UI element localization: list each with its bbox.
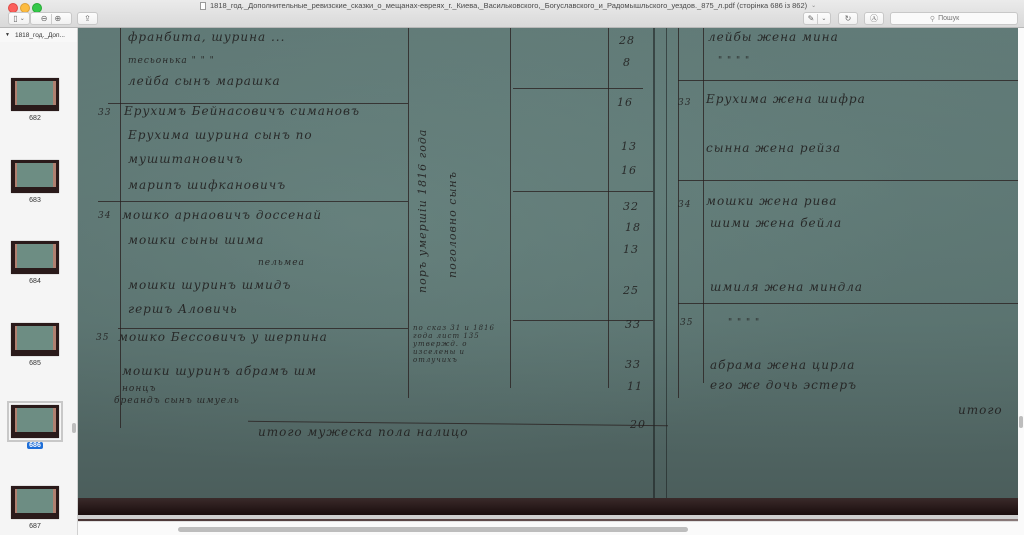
column-line [408, 28, 409, 398]
thumbnail-page-684[interactable]: 684 [0, 241, 70, 285]
book-gutter [666, 28, 667, 498]
entry-number: 33 [678, 98, 691, 108]
page-thumbnail-image [11, 486, 59, 519]
total-value: 20 [630, 418, 646, 431]
thumbnail-page-687[interactable]: 687 [0, 486, 70, 530]
note-block: по сказ 31 и 1816 года лист 135 утвержд.… [413, 324, 513, 364]
age-value: 13 [623, 243, 639, 256]
vertical-note: поръ умершiи 1816 года [416, 129, 429, 293]
row-line [513, 88, 643, 89]
column-line [120, 28, 121, 428]
thumbnail-label: 684 [27, 278, 43, 285]
thumbnail-label: 682 [27, 115, 43, 122]
thumbnail-label: 685 [27, 360, 43, 367]
annotate-icon: Ⓐ [870, 13, 878, 24]
zoom-in-icon: ⊕ [55, 14, 62, 23]
document-viewer[interactable]: франбита, шурина ... тесьонька " " " лей… [78, 28, 1018, 515]
page-thumbnail-image [11, 405, 59, 438]
row-line [513, 191, 653, 192]
thumbnail-label-selected: 686 [27, 442, 43, 449]
entry-text: нонцъ [122, 384, 157, 394]
row-line [98, 201, 408, 202]
horizontal-scrollbar[interactable] [78, 521, 1018, 535]
entry-text: " " " " [718, 56, 750, 66]
age-value: 33 [625, 358, 641, 371]
entry-text: лейба сынъ марашка [128, 74, 281, 88]
entry-number: 35 [96, 333, 109, 343]
thumbnail-page-682[interactable]: 682 [0, 78, 70, 122]
chevron-down-icon: ⌄ [20, 15, 25, 22]
zoom-out-button[interactable]: ⊖ [41, 14, 48, 23]
entry-number: 35 [680, 318, 693, 328]
thumbnail-page-685[interactable]: 685 [0, 323, 70, 367]
divider [817, 14, 818, 24]
sidebar-document-header[interactable]: ▼ 1818_год._Доп... [0, 28, 77, 42]
entry-text: шими жена бейла [710, 216, 842, 230]
search-field[interactable]: ⚲ [890, 12, 1018, 25]
row-line [678, 303, 1018, 304]
entry-text: тесьонька " " " [128, 56, 215, 66]
window-title-text: 1818_год._Дополнительные_ревизские_сказк… [210, 1, 807, 10]
thumbnail-label: 683 [27, 197, 43, 204]
entry-text: Ерухима шурина сынъ по [128, 128, 313, 142]
age-value: 32 [623, 200, 639, 213]
vertical-scroll-thumb[interactable] [1019, 416, 1023, 428]
entry-text: мошки жена рива [706, 194, 837, 208]
age-value: 16 [617, 96, 633, 109]
age-value: 33 [625, 318, 641, 331]
zoom-in-button[interactable]: ⊕ [55, 14, 62, 23]
age-value: 16 [621, 164, 637, 177]
entry-text: абрама жена цирла [710, 358, 855, 372]
entry-number: 33 [98, 108, 111, 118]
age-value: 18 [625, 221, 641, 234]
row-line [118, 328, 408, 329]
entry-text: мушштановичъ [128, 152, 243, 166]
title-bar: 1818_год._Дополнительные_ревизские_сказк… [0, 0, 1024, 28]
preview-window: 1818_год._Дополнительные_ревизские_сказк… [0, 0, 1024, 535]
search-icon: ⚲ [930, 15, 935, 23]
entry-text: Ерухима жена шифра [706, 92, 866, 106]
entry-text: мошки шуринъ шмидъ [128, 278, 291, 292]
sidebar-toggle-button[interactable]: ▯ ⌄ [8, 12, 30, 25]
entry-text: сынна жена рейза [706, 141, 841, 155]
age-value: 13 [621, 140, 637, 153]
entry-text: мошки шуринъ абрамъ шм [122, 364, 317, 378]
page-thumbnail-image [11, 160, 59, 193]
entry-text: мошко арнаовичъ доссенай [122, 208, 322, 222]
book-edge-shadow [78, 498, 1018, 515]
column-line [608, 28, 609, 388]
scanned-ledger-page [78, 28, 1018, 515]
pdf-document-icon [200, 2, 206, 10]
vertical-note: поголовно сынъ [446, 171, 459, 278]
markup-button[interactable]: ✎ ⌄ [803, 12, 831, 25]
entry-number: 34 [678, 200, 691, 210]
entry-text: франбита, шурина ... [128, 30, 285, 44]
thumbnail-label: 687 [27, 523, 43, 530]
column-line [703, 28, 704, 383]
entry-text: лейбы жена мина [708, 30, 839, 44]
entry-text: его же дочь эстеръ [710, 378, 857, 392]
page-thumbnail-image [11, 78, 59, 111]
age-value: 25 [623, 284, 639, 297]
age-value: 28 [619, 34, 635, 47]
entry-text: мошки сыны шима [128, 233, 264, 247]
entry-text: мошко Бессовичъ у шерпина [118, 330, 328, 344]
page-thumbnail-image [11, 241, 59, 274]
entry-text: шмиля жена миндла [710, 280, 863, 294]
entry-text: " " " " [728, 318, 760, 328]
entry-text: бреандъ сынъ шмуель [114, 396, 240, 406]
horizontal-scroll-thumb[interactable] [178, 527, 688, 532]
rotate-icon: ↻ [845, 14, 852, 23]
entry-number: 34 [98, 211, 111, 221]
row-line [678, 80, 1018, 81]
divider [51, 14, 52, 24]
annotate-button[interactable]: Ⓐ [864, 12, 884, 25]
entry-text: гершъ Аловичь [128, 302, 238, 316]
sidebar-icon: ▯ [13, 14, 17, 23]
thumbnail-sidebar: ▼ 1818_год._Доп... 682 683 684 685 686 6… [0, 28, 78, 535]
zoom-out-icon: ⊖ [41, 14, 48, 23]
row-line [678, 180, 1018, 181]
zoom-button-group: ⊖ ⊕ [30, 12, 72, 25]
entry-text: пельмеа [258, 258, 305, 268]
share-button[interactable]: ⇪ [77, 12, 98, 25]
pen-icon: ✎ [808, 14, 815, 23]
vertical-scrollbar[interactable] [1018, 28, 1024, 535]
disclosure-triangle-icon[interactable]: ▼ [5, 32, 10, 38]
chevron-down-icon: ⌄ [821, 15, 826, 22]
age-value: 11 [627, 380, 643, 393]
search-input[interactable] [938, 15, 978, 22]
book-gutter [653, 28, 655, 498]
entry-text: Ерухимъ Бейнасовичъ симановъ [124, 104, 360, 118]
share-icon: ⇪ [84, 14, 91, 23]
column-line [678, 28, 679, 398]
entry-text: марипъ шифкановичъ [128, 178, 286, 192]
thumbnail-page-683[interactable]: 683 [0, 160, 70, 204]
age-value: 8 [623, 56, 631, 69]
title-chevron-icon[interactable]: ⌄ [811, 2, 816, 9]
window-title[interactable]: 1818_год._Дополнительные_ревизские_сказк… [200, 1, 840, 10]
sidebar-document-name: 1818_год._Доп... [15, 32, 65, 39]
total-label: итого мужеска пола налицо [258, 425, 469, 439]
footer-fragment: итого [958, 403, 1003, 417]
sidebar-scrollbar[interactable] [72, 423, 76, 433]
thumbnail-page-686[interactable]: 686 [0, 405, 70, 449]
rotate-button[interactable]: ↻ [838, 12, 858, 25]
page-thumbnail-image [11, 323, 59, 356]
